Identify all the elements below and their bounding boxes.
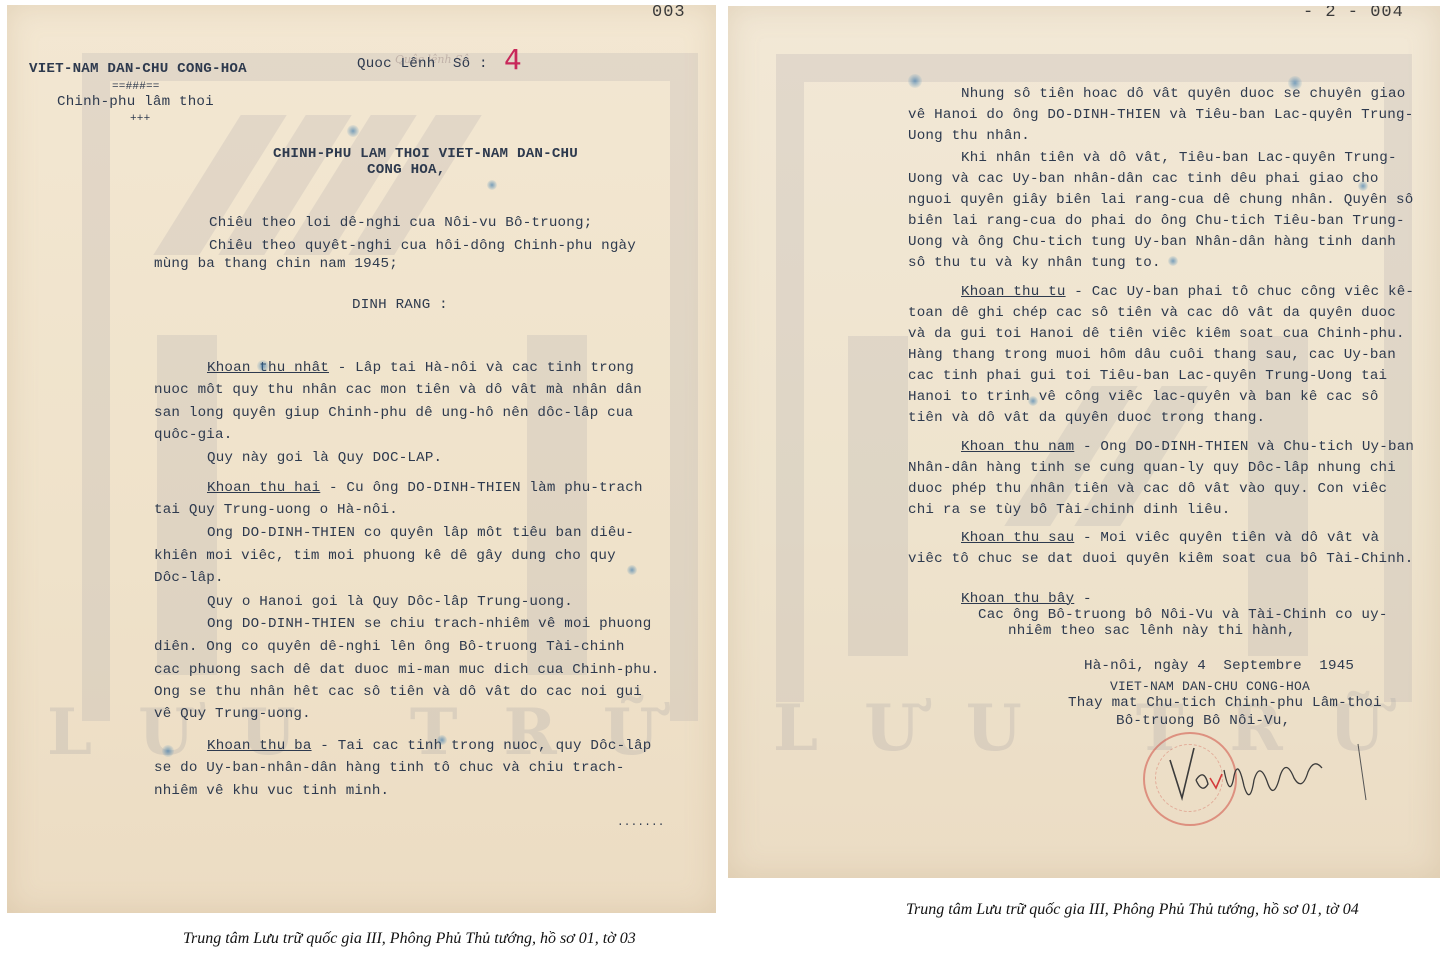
article2-first-line: Khoan thu hai - Cu ông DO-DINH-THIEN làm… (207, 477, 643, 499)
article1-line4: quôc-gia. (154, 424, 232, 446)
article2-para4-line1: Ong DO-DINH-THIEN se chiu trach-nhiêm vê… (207, 613, 651, 635)
article5-line2: Nhân-dân hàng tinh se cung quan-ly quy D… (908, 457, 1396, 479)
para1-line2: vê Hanoi do ông DO-DINH-THIEN và Tiêu-ba… (908, 104, 1413, 126)
article4-line3: và da gui toi Hanoi dê tiên viêc kiêm so… (908, 323, 1405, 345)
continuation-dots: ....... (617, 812, 665, 834)
ink-speck (347, 125, 359, 137)
article4-line4: Hàng thang trong muoi hôm dâu cuôi thang… (908, 344, 1396, 366)
article2-para2-line1: Ong DO-DINH-THIEN co quyên lâp môt tiêu … (207, 522, 634, 544)
article3-line2: se do Uy-ban-nhân-dân hàng tinh tô chuc … (154, 757, 625, 779)
article1-line2: nuoc môt quy thu nhân cac mon tiên và dô… (154, 379, 642, 401)
article4-line6: Hanoi to trinh vê công viêc lac-quyên và… (908, 386, 1379, 408)
article2-para2-line2: khiên moi viêc, tim moi phuong kê dê gây… (154, 545, 616, 567)
article5-text: - Ong DO-DINH-THIEN và Chu-tich Uy-ban (1074, 439, 1414, 455)
header-left-line3: +++ (130, 108, 150, 130)
signature: Võ Nguyên Giáp (1160, 740, 1380, 810)
para2-line2: Uong và cac Uy-ban nhân-dân cac tinh dêu… (908, 168, 1379, 190)
article1-text: - Lâp tai Hà-nôi và cac tinh trong (329, 360, 634, 376)
article5-heading: Khoan thu nam (961, 439, 1074, 455)
article4-line2: toan dê ghi chép cac sô tiên và cac dô v… (908, 302, 1396, 324)
article3-text: - Tai cac tinh trong nuoc, quy Dôc-lâp (312, 738, 652, 754)
article1-extra: Quy này goi là Quy DOC-LAP. (207, 447, 442, 469)
sign-line3: Bô-truong Bô Nôi-Vu, (1116, 710, 1290, 732)
decree-label: Quoc Lênh Sô : (357, 53, 488, 75)
article5-line3: duoc phép thu nhân tiên và cac dô vât và… (908, 478, 1387, 500)
article2-heading: Khoan thu hai (207, 480, 320, 496)
article6-line2: viêc tô chuc se dat duoi quyên kiêm soat… (908, 548, 1413, 570)
article6-text: - Moi viêc quyên tiên và dô vât và (1074, 530, 1379, 546)
article2-para3: Quy o Hanoi goi là Quy Dôc-lâp Trung-uon… (207, 591, 573, 613)
article6-first-line: Khoan thu sau - Moi viêc quyên tiên và d… (961, 527, 1379, 549)
article2-para4-line2: diên. Ong co quyên dê-nghi lên ông Bô-tr… (154, 636, 625, 658)
article5-line4: chi ra se tùy bô Tài-chinh dinh liêu. (908, 499, 1230, 521)
ink-speck (437, 735, 447, 745)
folio-number: 003 (652, 5, 686, 22)
svg-text:Võ Nguyên Giáp: Võ Nguyên Giáp (1160, 740, 1169, 741)
article3-heading: Khoan thu ba (207, 738, 312, 754)
article3-line3: nhiêm vê khu vuc tinh minh. (154, 780, 389, 802)
article2-para4-line4: Ong se thu nhân hêt cac sô tiên và dô vâ… (154, 681, 642, 703)
ink-speck (487, 180, 497, 190)
ink-speck (627, 565, 637, 575)
article3-first-line: Khoan thu ba - Tai cac tinh trong nuoc, … (207, 735, 651, 757)
para1-line1: Nhung sô tiên hoac dô vât quyên duoc se … (961, 83, 1405, 105)
ink-speck (162, 745, 174, 757)
ink-speck (1168, 256, 1178, 266)
article5-first-line: Khoan thu nam - Ong DO-DINH-THIEN và Chu… (961, 436, 1414, 458)
para2-line4: biên lai rang-cua do phai do ông Chu-tic… (908, 210, 1405, 232)
preamble-line1: Chiêu theo loi dê-nghi cua Nôi-vu Bô-tru… (209, 212, 592, 234)
decides-heading: DINH RANG : (352, 294, 448, 316)
ink-speck (1358, 181, 1368, 191)
article7-line2: nhiêm theo sac lênh này thi hành, (1008, 620, 1296, 642)
folio-number: - 2 - 004 (1303, 6, 1404, 22)
ink-speck (257, 360, 269, 372)
article4-first-line: Khoan thu tu - Cac Uy-ban phai tô chuc c… (961, 281, 1414, 303)
article1-line3: san long quyên giup Chinh-phu dê ung-hô … (154, 402, 633, 424)
para2-line6: sô thu tu và ky nhân tung to. (908, 252, 1161, 274)
caption-right: Trung tâm Lưu trữ quốc gia III, Phông Ph… (906, 901, 1359, 919)
decree-number: 4 (504, 43, 522, 76)
article2-para4-line3: cac phuong sach dê dat duoc mi-man muc d… (154, 659, 659, 681)
article4-text: - Cac Uy-ban phai tô chuc công viêc kê- (1066, 284, 1415, 300)
para2-line1: Khi nhân tiên và dô vât, Tiêu-ban Lac-qu… (961, 147, 1397, 169)
article2-para2-line3: Dôc-lâp. (154, 567, 224, 589)
date-line: Hà-nôi, ngày 4 Septembre 1945 (1084, 655, 1354, 677)
preamble-line3: mùng ba thang chin nam 1945; (154, 253, 398, 275)
article4-line7: tiên và dô vât da quyên duoc trong thang… (908, 407, 1265, 429)
ink-speck (1028, 396, 1038, 406)
para2-line3: nguoi quyên giây biên lai rang-cua dê ch… (908, 189, 1413, 211)
article6-heading: Khoan thu sau (961, 530, 1074, 546)
article4-heading: Khoan thu tu (961, 284, 1066, 300)
title-line2: CONG HOA, (367, 159, 445, 181)
article2-line2: tai Quy Trung-uong o Hà-nôi. (154, 499, 398, 521)
document-page-left: LƯU TRỮ VN 003 Quôc lênh Sô VIET-NAM DAN… (7, 5, 716, 913)
para2-line5: Uong và ông Chu-tich tung Uy-ban Nhân-dâ… (908, 231, 1396, 253)
ink-speck (908, 74, 922, 88)
article4-line5: cac tinh phai gui toi Tiêu-ban Lac-quyên… (908, 365, 1387, 387)
para1-line3: Uong thu nhân. (908, 125, 1030, 147)
ink-speck (1288, 76, 1302, 90)
article1-first-line: Khoan thu nhât - Lâp tai Hà-nôi và cac t… (207, 357, 634, 379)
article2-text: - Cu ông DO-DINH-THIEN làm phu-trach (320, 480, 642, 496)
article2-para4-line5: vê Quy Trung-uong. (154, 703, 311, 725)
caption-left: Trung tâm Lưu trữ quốc gia III, Phông Ph… (183, 930, 636, 948)
